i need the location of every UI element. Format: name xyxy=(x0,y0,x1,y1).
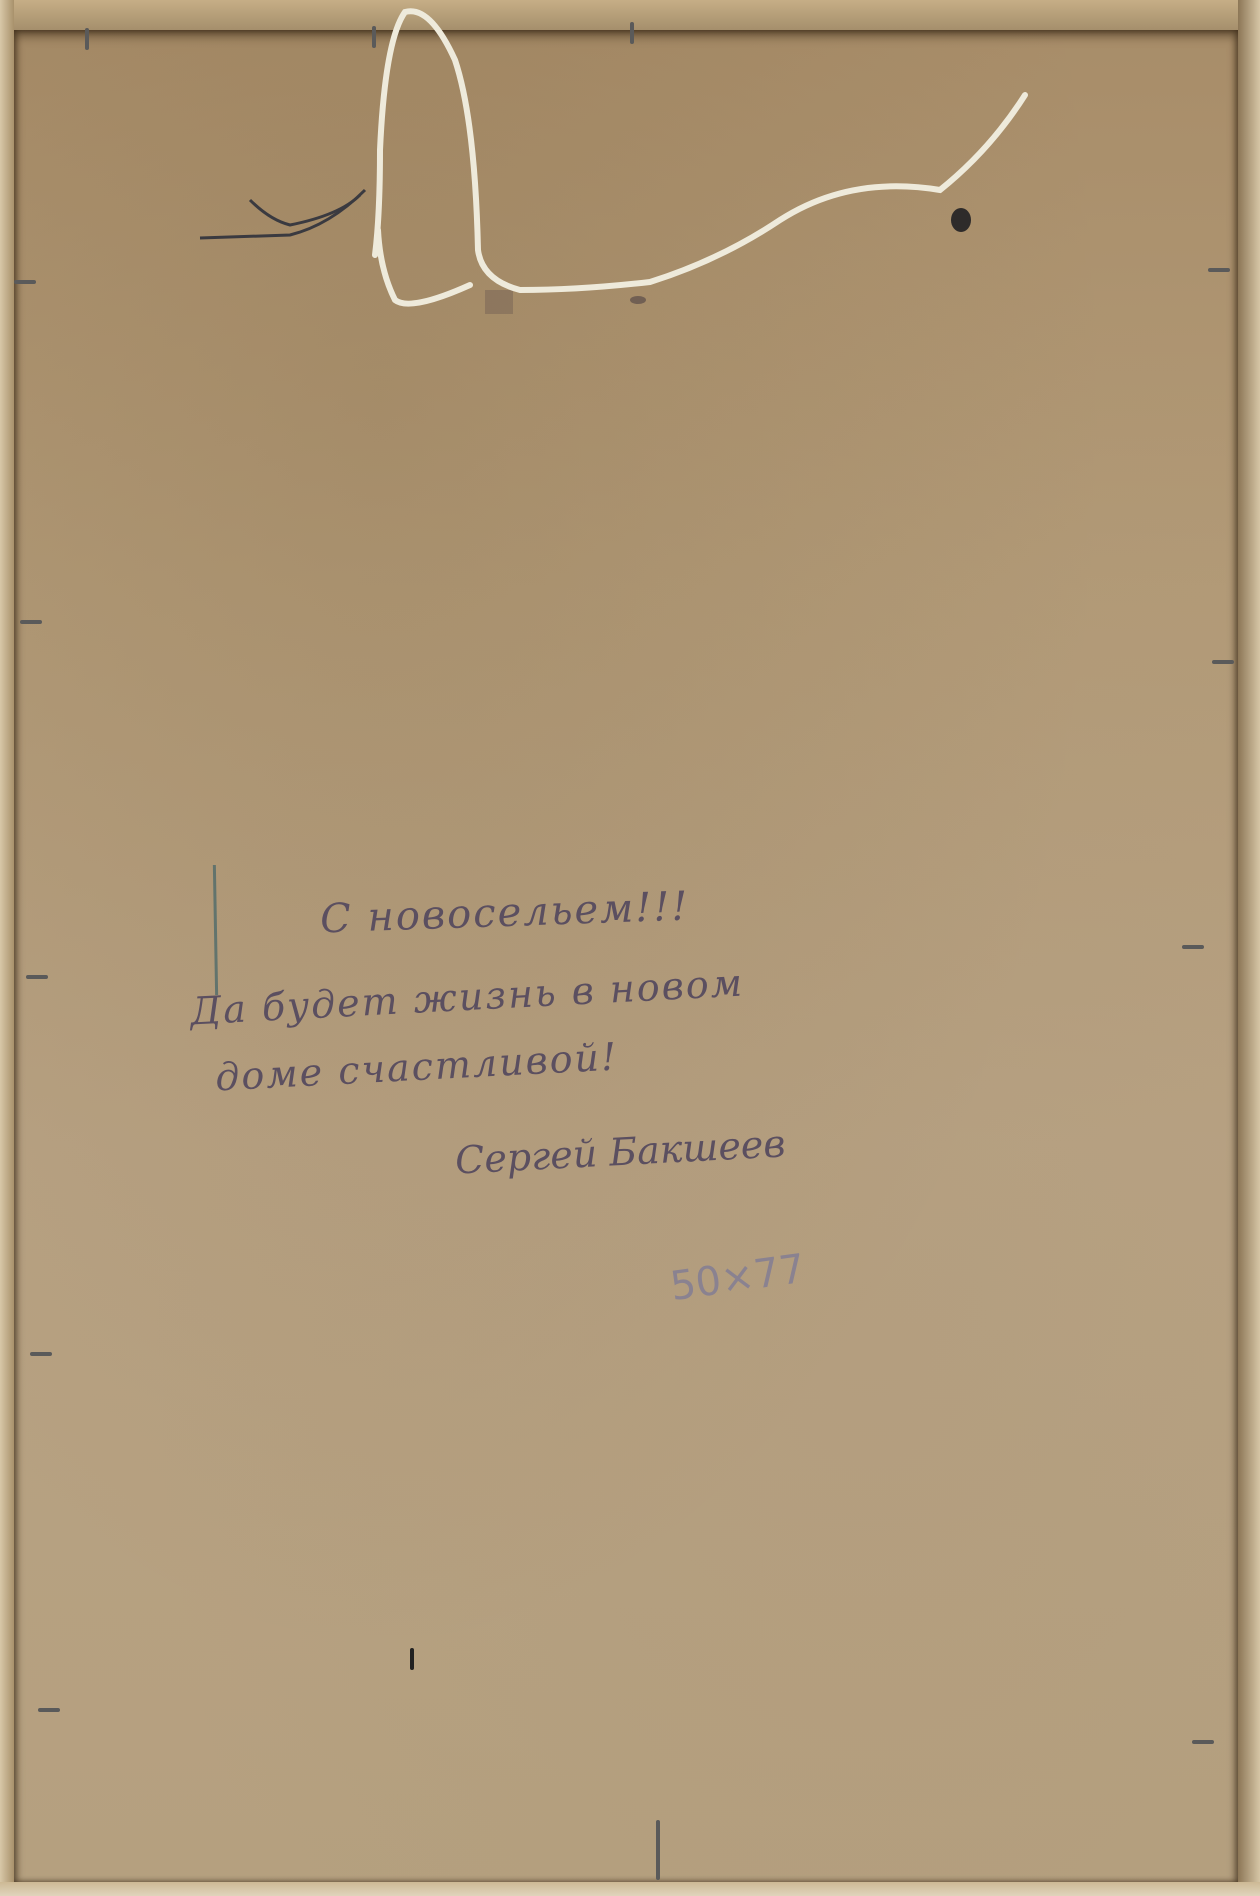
nail xyxy=(26,975,48,979)
nail xyxy=(1212,660,1234,664)
nail xyxy=(20,620,42,624)
nail xyxy=(38,1708,60,1712)
nail xyxy=(656,1820,660,1880)
nail xyxy=(1192,1740,1214,1744)
nail xyxy=(1182,945,1204,949)
frame-bottom-rail xyxy=(0,1882,1260,1896)
staple-slot xyxy=(410,1648,414,1670)
picture-frame: С новосельем!!! Да будет жизнь в новом д… xyxy=(0,0,1260,1896)
nail xyxy=(30,1352,52,1356)
hanging-wire xyxy=(0,0,1260,400)
